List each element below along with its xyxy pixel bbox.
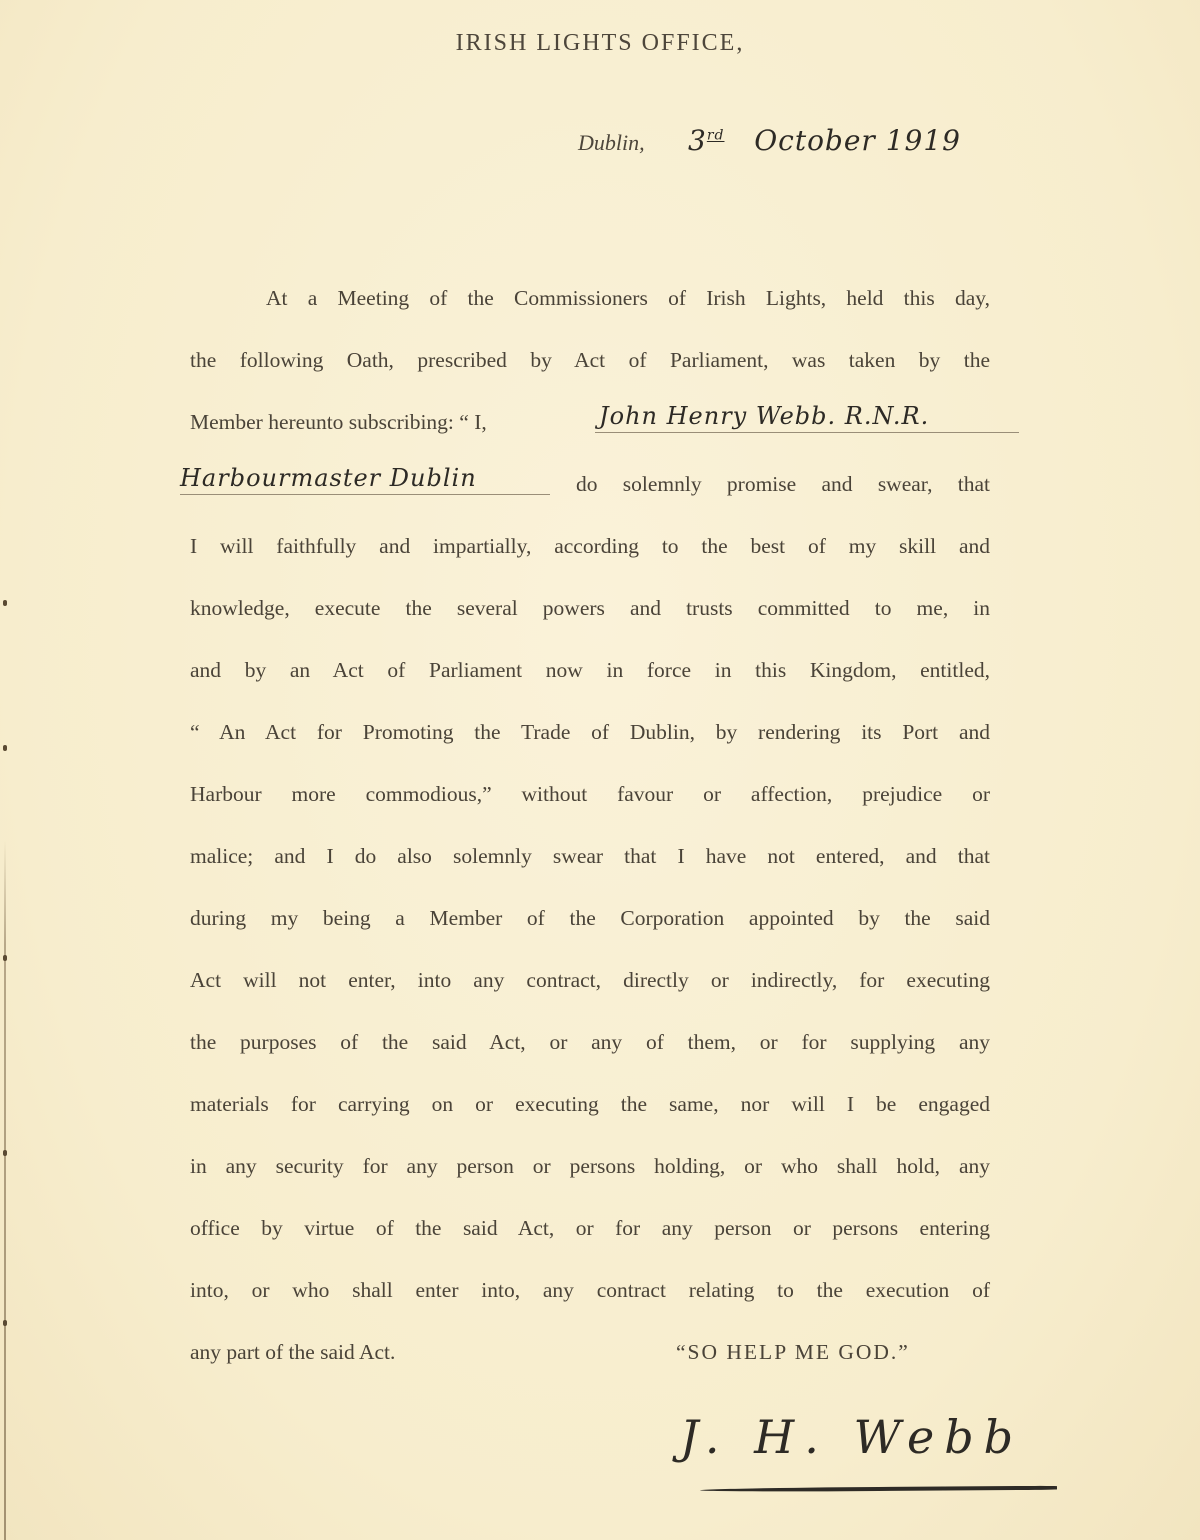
oath-line: Act will not enter, into any contract, d… — [190, 964, 990, 1026]
signature: J. H. Webb — [680, 1410, 1023, 1464]
oath-line: and by an Act of Parliament now in force… — [190, 654, 990, 716]
handwritten-member-name: John Henry Webb. R.N.R. — [595, 400, 1019, 433]
oath-closing-line: any part of the said Act. “SO HELP ME GO… — [190, 1336, 990, 1398]
oath-line: during my being a Member of the Corporat… — [190, 902, 990, 964]
oath-line: Member hereunto subscribing: “ I, — [190, 406, 487, 438]
oath-line: office by virtue of the said Act, or for… — [190, 1212, 990, 1274]
edge-mark — [3, 1320, 7, 1326]
oath-line: do solemnly promise and swear, that — [576, 468, 990, 500]
edge-mark — [3, 600, 7, 606]
dateline-place: Dublin, — [578, 130, 645, 156]
oath-line: I will faithfully and impartially, accor… — [190, 530, 990, 592]
oath-line: knowledge, execute the several powers an… — [190, 592, 990, 654]
handwritten-day-suffix: rd — [707, 128, 725, 144]
oath-line: any part of the said Act. — [190, 1336, 395, 1368]
oath-line: materials for carrying on or executing t… — [190, 1088, 990, 1150]
binding-edge — [4, 840, 6, 1540]
edge-mark — [3, 1150, 7, 1156]
oath-line: the following Oath, prescribed by Act of… — [190, 344, 990, 406]
oath-line: into, or who shall enter into, any contr… — [190, 1274, 990, 1336]
oath-line-title: Harbourmaster Dublin do solemnly promise… — [190, 468, 990, 530]
handwritten-member-title: Harbourmaster Dublin — [180, 462, 550, 495]
document-page: IRISH LIGHTS OFFICE, Dublin, 3rd October… — [0, 0, 1200, 1540]
edge-mark — [3, 955, 7, 961]
handwritten-date: 3rd October 1919 — [688, 124, 961, 157]
oath-line: malice; and I do also solemnly swear tha… — [190, 840, 990, 902]
oath-line: in any security for any person or person… — [190, 1150, 990, 1212]
signature-underline — [700, 1486, 1057, 1492]
oath-line-name: Member hereunto subscribing: “ I, John H… — [190, 406, 990, 468]
oath-body: At a Meeting of the Commissioners of Iri… — [190, 282, 990, 1398]
oath-line: Harbour more commodious,” without favour… — [190, 778, 990, 840]
office-header: IRISH LIGHTS OFFICE, — [0, 30, 1200, 57]
oath-line: the purposes of the said Act, or any of … — [190, 1026, 990, 1088]
oath-line: At a Meeting of the Commissioners of Iri… — [190, 282, 990, 344]
oath-line: “ An Act for Promoting the Trade of Dubl… — [190, 716, 990, 778]
handwritten-day: 3 — [688, 124, 707, 157]
edge-mark — [3, 745, 7, 751]
handwritten-month-year: October 1919 — [754, 124, 961, 157]
oath-closing: “SO HELP ME GOD.” — [676, 1336, 910, 1368]
